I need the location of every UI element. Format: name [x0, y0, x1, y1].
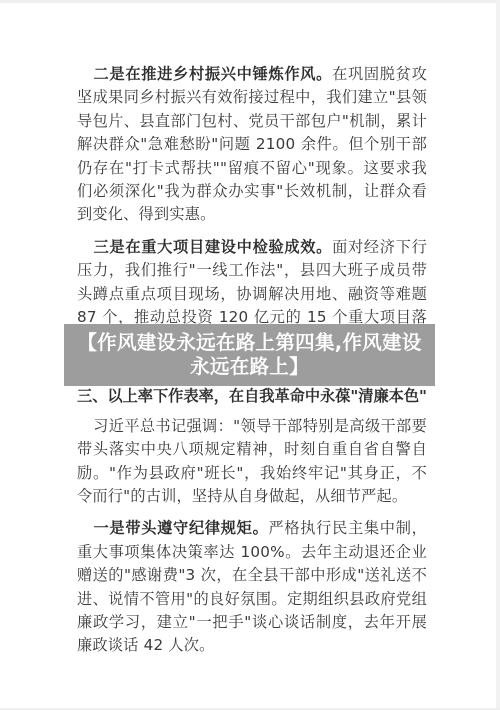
overlay-title: 【作风建设永远在路上第四集,作风建设永远在路上】	[70, 331, 430, 379]
quote-text: 习近平总书记强调："领导干部特别是高级干部要带头落实中央八项规定精神，时刻自重自…	[77, 417, 427, 505]
title-overlay-banner: 【作风建设永远在路上第四集,作风建设永远在路上】	[64, 324, 435, 386]
paragraph-section-two: 二是在推进乡村振兴中锤炼作风。在巩固脱贫攻坚成果同乡村振兴有效衔接过程中，我们建…	[77, 63, 427, 227]
right-scroll-edge	[496, 0, 500, 710]
discipline-body: 严格执行民主集中制，重大事项集体决策率达 100%。去年主动退还企业赠送的"感谢…	[77, 519, 427, 654]
section-three-lead: 三是在重大项目建设中检验成效。	[93, 238, 332, 256]
top-edge	[0, 0, 500, 3]
paragraph-discipline: 一是带头遵守纪律规矩。严格执行民主集中制，重大事项集体决策率达 100%。去年主…	[77, 517, 427, 657]
paragraph-quote: 习近平总书记强调："领导干部特别是高级干部要带头落实中央八项规定精神，时刻自重自…	[77, 415, 427, 509]
discipline-lead: 一是带头遵守纪律规矩。	[93, 519, 268, 537]
section-heading-three: 三、以上率下作表率，在自我革命中永葆"清廉本色"	[77, 385, 427, 408]
section-two-body: 在巩固脱贫攻坚成果同乡村振兴有效衔接过程中，我们建立"县领导包片、县直部门包村、…	[77, 65, 427, 223]
section-two-lead: 二是在推进乡村振兴中锤炼作风。	[93, 65, 332, 83]
